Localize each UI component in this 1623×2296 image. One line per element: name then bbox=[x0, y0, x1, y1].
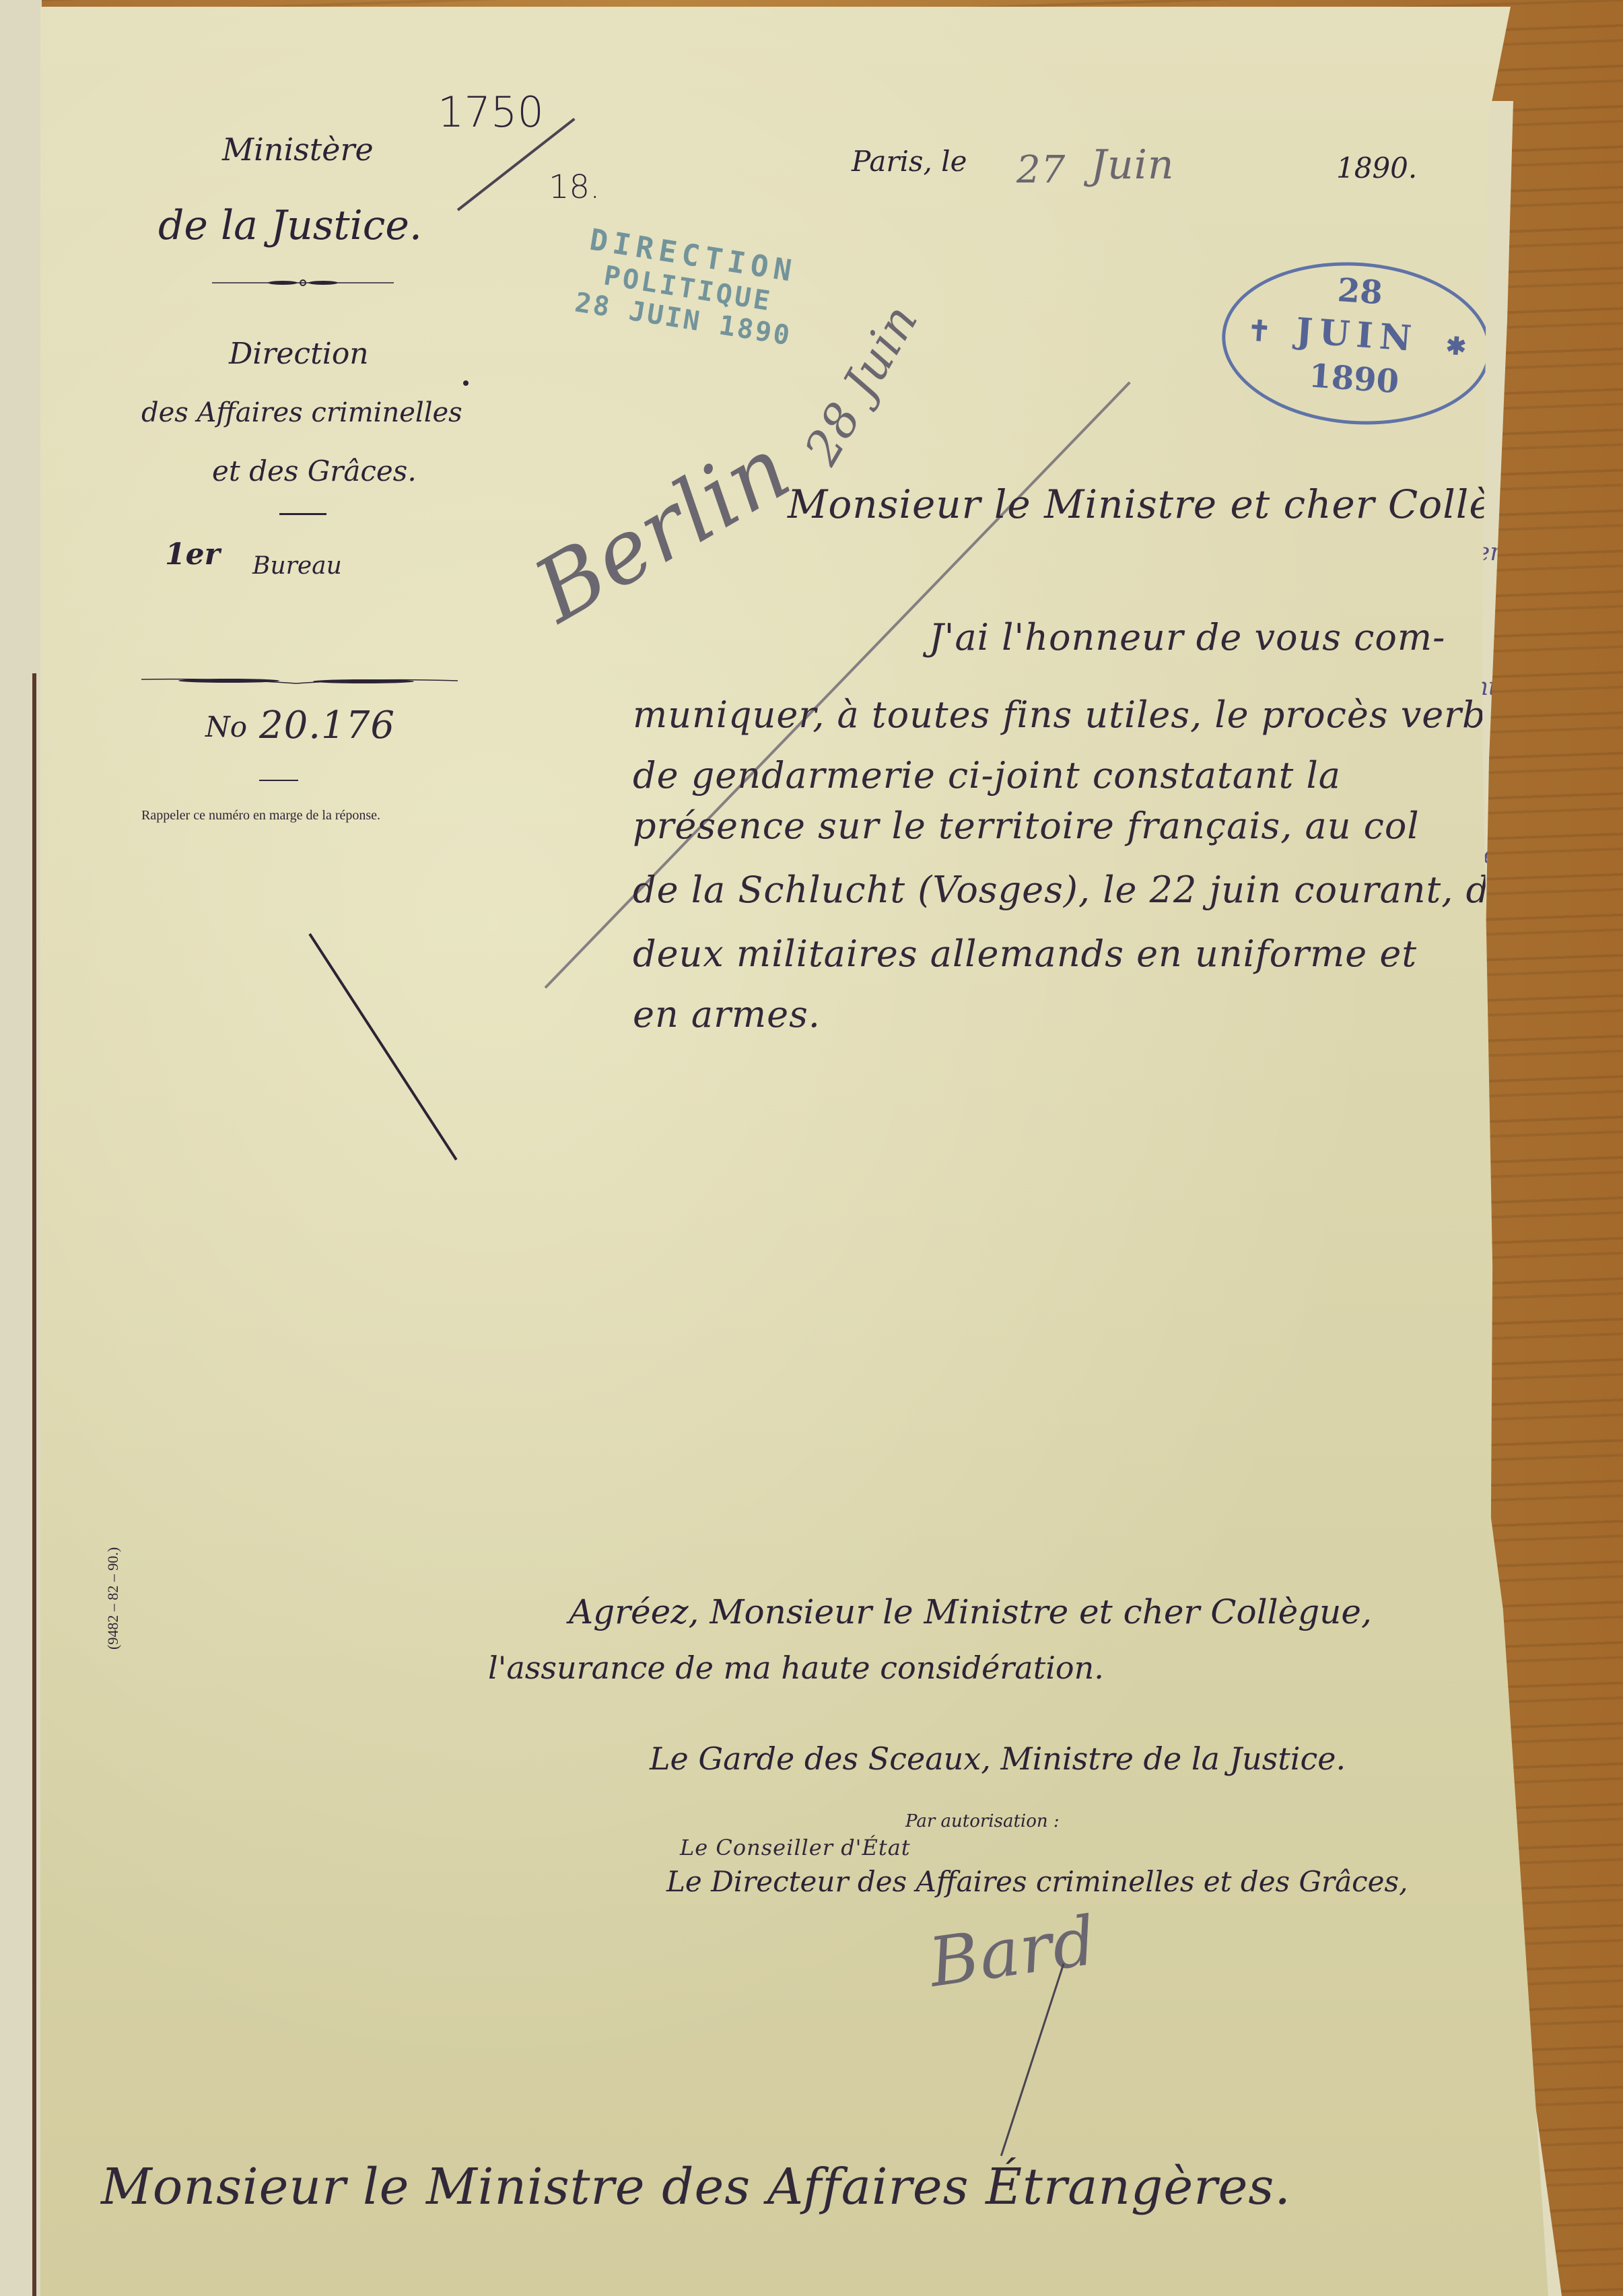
printer-code: (9482 – 82 – 90.) bbox=[104, 1547, 122, 1650]
authorization-label: Par autorisation : bbox=[905, 1811, 1060, 1831]
closing-line: l'assurance de ma haute considération. bbox=[488, 1650, 1104, 1686]
oval-date-stamp: 28 ✝ JUIN ✱ 1890 bbox=[1216, 253, 1496, 433]
dateline-place: Paris, le bbox=[852, 145, 967, 178]
signatory-title: Le Garde des Sceaux, Ministre de la Just… bbox=[650, 1741, 1346, 1777]
reminder-note: Rappeler ce numéro en marge de la répons… bbox=[141, 808, 380, 823]
dateline-year: 1890. bbox=[1336, 151, 1417, 184]
dateline-month: Juin bbox=[1091, 141, 1175, 189]
signature: Bard bbox=[924, 1901, 1101, 2002]
dateline-day: 27 bbox=[1016, 148, 1066, 192]
reference-denominator: 18. bbox=[549, 168, 600, 206]
body-line: muniquer, à toutes fins utiles, le procè… bbox=[633, 694, 1521, 736]
short-rule bbox=[259, 780, 298, 781]
short-rule bbox=[279, 513, 326, 515]
pencil-annotation-berlin: Berlin bbox=[518, 416, 806, 642]
closing-line: Agréez, Monsieur le Ministre et cher Col… bbox=[569, 1592, 1372, 1631]
letterhead-justice: de la Justice. bbox=[158, 202, 422, 249]
reference-numerator: 1750 bbox=[438, 88, 544, 137]
addressee: Monsieur le Ministre des Affaires Étrang… bbox=[101, 2158, 1291, 2216]
registry-number: 20.176 bbox=[259, 704, 395, 747]
directeur-line: Le Directeur des Affaires criminelles et… bbox=[666, 1865, 1408, 1898]
body-line: de la Schlucht (Vosges), le 22 juin cour… bbox=[633, 869, 1512, 911]
ornamental-divider-icon bbox=[212, 279, 394, 285]
signature-flourish bbox=[1000, 1963, 1065, 2156]
bureau-number: 1er bbox=[165, 537, 220, 572]
letterhead-ministere: Ministère bbox=[222, 131, 374, 168]
body-line: J'ai l'honneur de vous com- bbox=[929, 616, 1445, 659]
ink-dot bbox=[463, 380, 469, 386]
direction-politique-stamp: DIRECTION POLITIQUE 28 JUIN 1890 bbox=[573, 222, 804, 351]
star-icon: ✱ bbox=[1445, 331, 1467, 361]
margin-stroke bbox=[308, 933, 457, 1161]
swash-divider-icon bbox=[141, 677, 458, 683]
bureau-label: Bureau bbox=[252, 552, 342, 580]
body-line: présence sur le territoire français, au … bbox=[633, 805, 1420, 847]
body-line: de gendarmerie ci-joint constatant la bbox=[633, 754, 1341, 797]
pencil-annotation-date: 28 Juin bbox=[794, 295, 928, 473]
page-edge-shadow bbox=[32, 673, 36, 2296]
letterhead-affaires: des Affaires criminelles bbox=[141, 397, 462, 428]
letter-sheet: Ministère de la Justice. Direction des A… bbox=[40, 7, 1548, 2296]
letterhead-graces: et des Grâces. bbox=[212, 454, 417, 487]
letterhead-direction: Direction bbox=[229, 337, 369, 371]
body-line: deux militaires allemands en uniforme et bbox=[633, 933, 1417, 975]
conseiller-note: Le Conseiller d'État bbox=[680, 1835, 911, 1860]
number-label: No bbox=[205, 710, 247, 743]
body-line: en armes. bbox=[633, 993, 821, 1036]
salutation: Monsieur le Ministre et cher Collègue, bbox=[788, 481, 1581, 527]
